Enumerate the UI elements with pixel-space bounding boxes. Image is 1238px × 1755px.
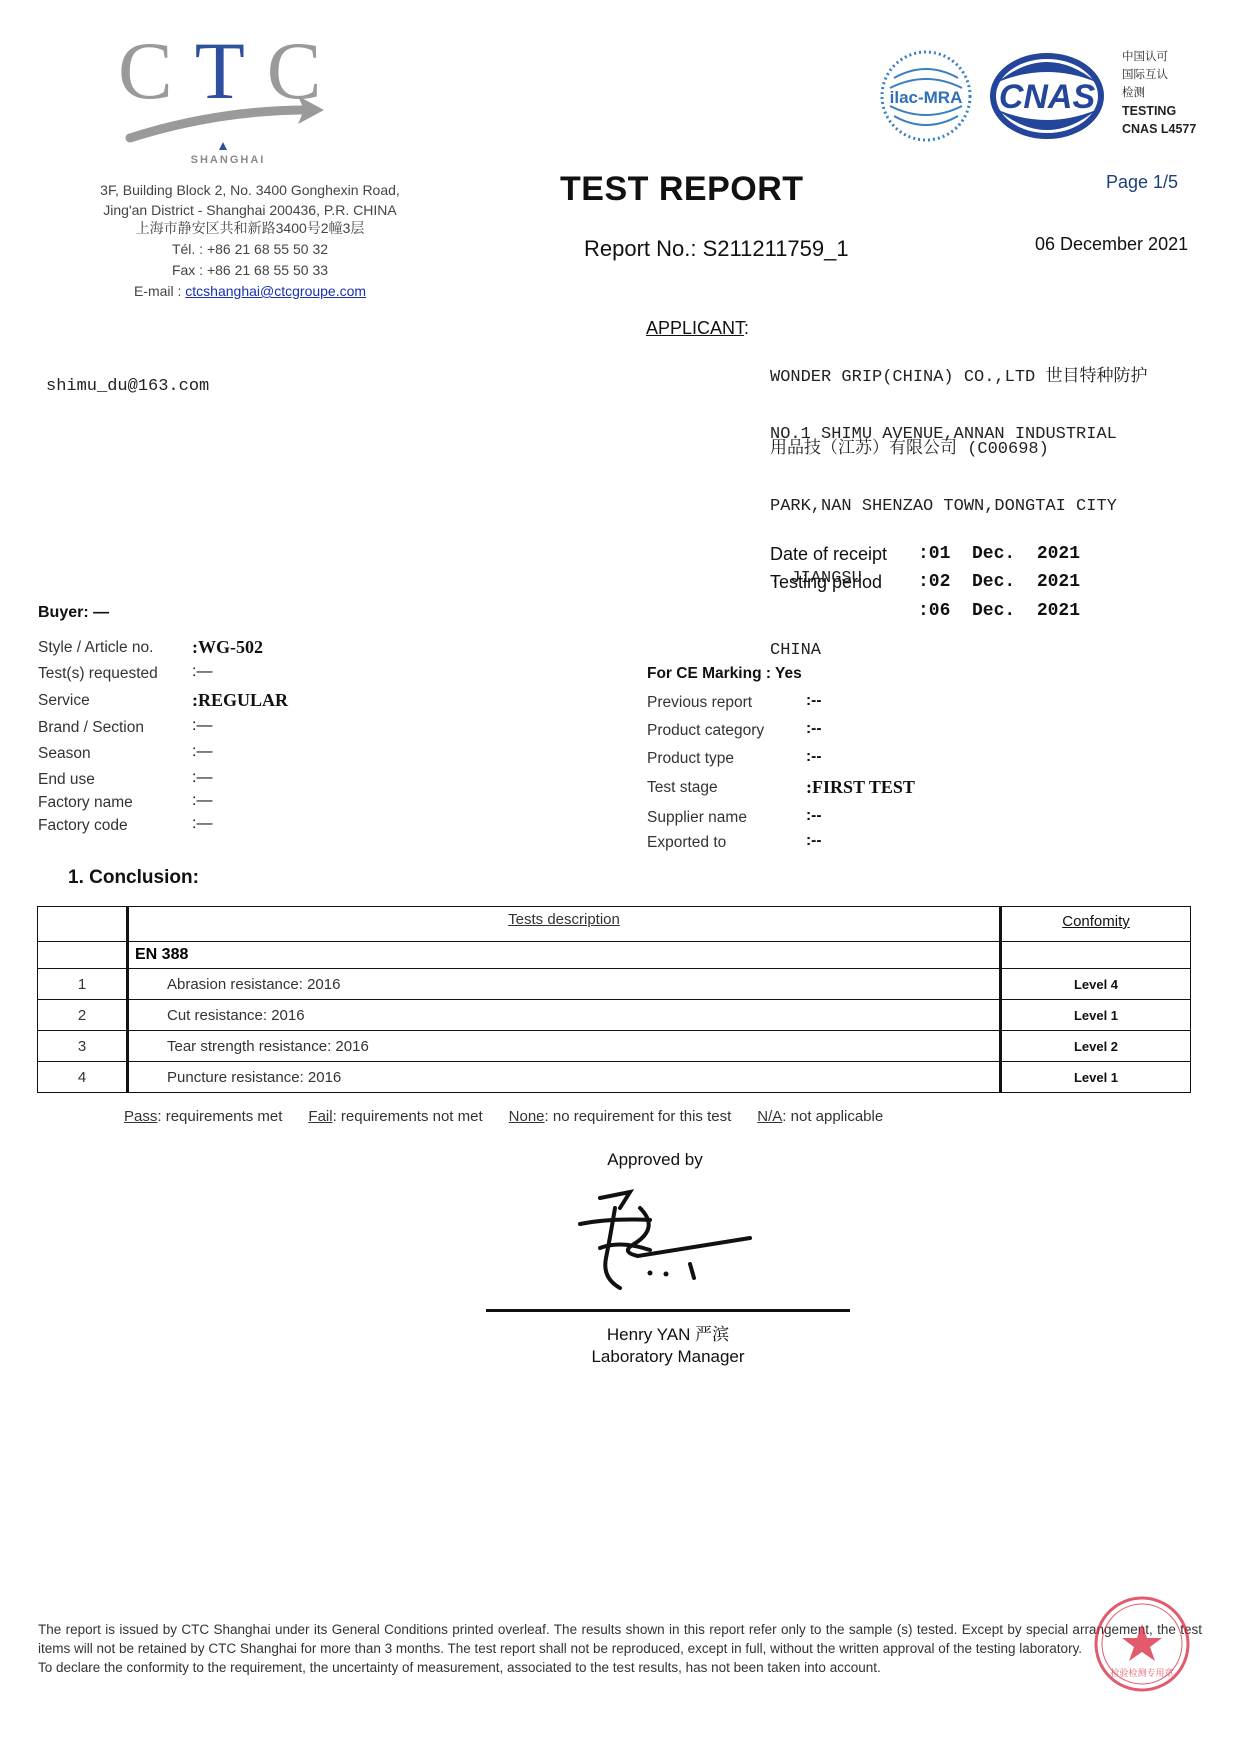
approved-by: Approved by xyxy=(540,1150,770,1170)
signer-title: Laboratory Manager xyxy=(486,1347,850,1367)
field-value: :-- xyxy=(806,807,822,825)
field-value: :— xyxy=(192,717,212,735)
field-label: Factory code xyxy=(38,817,128,835)
logo-arrow-icon xyxy=(118,30,338,160)
legend-item: Pass: requirements met xyxy=(124,1108,282,1125)
testing-period-start: :02 Dec. 2021 xyxy=(918,572,1080,592)
table-row: 2Cut resistance: 2016Level 1 xyxy=(38,1000,1191,1031)
field-value: :— xyxy=(192,792,212,810)
test-description: Puncture resistance: 2016 xyxy=(128,1062,1001,1093)
cnas-number: CNAS L4577 xyxy=(1122,120,1196,138)
ctc-logo: CTC SHANGHAI xyxy=(118,30,338,180)
row-number: 4 xyxy=(38,1062,128,1093)
field-value: :— xyxy=(192,663,212,681)
row-number: 1 xyxy=(38,969,128,1000)
field-value: :— xyxy=(192,769,212,787)
row-number: 2 xyxy=(38,1000,128,1031)
testing-period-label: Testing period xyxy=(770,572,882,593)
field-label: Brand / Section xyxy=(38,719,144,737)
email-row: E-mail : ctcshanghai@ctcgroupe.com xyxy=(60,282,440,300)
field-value: :WG-502 xyxy=(192,637,263,658)
svg-text:检验检测专用章: 检验检测专用章 xyxy=(1110,1667,1173,1679)
table-row: 1Abrasion resistance: 2016Level 4 xyxy=(38,969,1191,1000)
page-number: Page 1/5 xyxy=(1106,172,1178,193)
signer-name: Henry YAN 严滨 xyxy=(486,1320,850,1345)
conclusion-heading: 1. Conclusion: xyxy=(68,867,199,889)
accreditation-block: ilac-MRA CNAS 中国认可 国际互认 检测 TESTING CNAS … xyxy=(860,40,1220,150)
field-label: Previous report xyxy=(647,694,752,712)
signature-icon xyxy=(540,1178,780,1298)
field-label: Exported to xyxy=(647,834,726,852)
legend-item: None: no requirement for this test xyxy=(509,1108,732,1125)
legend: Pass: requirements metFail: requirements… xyxy=(124,1108,883,1125)
field-value: :-- xyxy=(806,748,822,766)
official-stamp-icon: 检验检测专用章 xyxy=(1092,1594,1192,1694)
buyer: Buyer: — xyxy=(38,604,109,622)
field-label: Style / Article no. xyxy=(38,639,153,657)
col-conformity: Confomity xyxy=(1001,907,1191,942)
applicant-address: NO.1 SHIMU AVENUE,ANNAN INDUSTRIAL PARK,… xyxy=(770,375,1117,687)
ce-marking: For CE Marking : Yes xyxy=(647,665,802,683)
receipt-label: Date of receipt xyxy=(770,544,887,565)
cnas-icon: CNAS xyxy=(988,52,1106,140)
conformity-result: Level 2 xyxy=(1001,1031,1191,1062)
field-label: Product category xyxy=(647,722,764,740)
field-value: :-- xyxy=(806,720,822,738)
conformity-result: Level 1 xyxy=(1001,1062,1191,1093)
accreditation-text: 中国认可 国际互认 检测 TESTING CNAS L4577 xyxy=(1122,48,1196,138)
row-number: 3 xyxy=(38,1031,128,1062)
standard-row: EN 388 xyxy=(38,942,1191,969)
legend-item: N/A: not applicable xyxy=(757,1108,883,1125)
address-line-3: 上海市静安区共和新路3400号2幢3层 xyxy=(60,219,440,237)
svg-text:CNAS: CNAS xyxy=(999,78,1096,116)
field-value: :-- xyxy=(806,692,822,710)
contact-email: shimu_du@163.com xyxy=(46,377,209,396)
test-description: Cut resistance: 2016 xyxy=(128,1000,1001,1031)
field-label: Test(s) requested xyxy=(38,665,158,683)
field-label: Factory name xyxy=(38,794,133,812)
table-row: 3Tear strength resistance: 2016Level 2 xyxy=(38,1031,1191,1062)
field-value: :FIRST TEST xyxy=(806,777,915,798)
conclusion-table: Tests description Confomity EN 388 1Abra… xyxy=(37,906,1191,1093)
field-label: Supplier name xyxy=(647,809,747,827)
col-tests-description: Tests description xyxy=(128,907,1001,942)
field-label: Service xyxy=(38,692,90,710)
field-value: :— xyxy=(192,815,212,833)
email-link[interactable]: ctcshanghai@ctcgroupe.com xyxy=(185,283,366,299)
footer-paragraph-1: The report is issued by CTC Shanghai und… xyxy=(38,1620,1202,1658)
testing-period-end: :06 Dec. 2021 xyxy=(918,601,1080,621)
report-number: Report No.: S211211759_1 xyxy=(584,236,849,262)
table-row: 4Puncture resistance: 2016Level 1 xyxy=(38,1062,1191,1093)
legend-item: Fail: requirements not met xyxy=(308,1108,482,1125)
conformity-result: Level 1 xyxy=(1001,1000,1191,1031)
receipt-date: :01 Dec. 2021 xyxy=(918,544,1080,564)
page-title: TEST REPORT xyxy=(560,170,804,209)
applicant-label: APPLICANT: xyxy=(646,318,749,339)
logo-city: SHANGHAI xyxy=(118,154,338,166)
field-label: Season xyxy=(38,745,91,763)
field-label: Product type xyxy=(647,750,734,768)
svg-text:ilac-MRA: ilac-MRA xyxy=(890,88,963,107)
ilac-mra-icon: ilac-MRA xyxy=(878,48,974,144)
address-line-2: Jing'an District - Shanghai 200436, P.R.… xyxy=(60,201,440,219)
phone: Tél. : +86 21 68 55 50 32 xyxy=(60,240,440,258)
field-value: :REGULAR xyxy=(192,690,288,711)
signature-line xyxy=(486,1309,850,1312)
table-header-row: Tests description Confomity xyxy=(38,907,1191,942)
conformity-result: Level 4 xyxy=(1001,969,1191,1000)
address-line-1: 3F, Building Block 2, No. 3400 Gonghexin… xyxy=(60,181,440,199)
field-value: :-- xyxy=(806,832,822,850)
standard-name: EN 388 xyxy=(128,942,1001,969)
test-description: Tear strength resistance: 2016 xyxy=(128,1031,1001,1062)
fax: Fax : +86 21 68 55 50 33 xyxy=(60,261,440,279)
footer-paragraph-2: To declare the conformity to the require… xyxy=(38,1658,1202,1677)
field-value: :— xyxy=(192,743,212,761)
test-description: Abrasion resistance: 2016 xyxy=(128,969,1001,1000)
field-label: End use xyxy=(38,771,95,789)
field-label: Test stage xyxy=(647,779,718,797)
email-label: E-mail : xyxy=(134,283,185,299)
report-date: 06 December 2021 xyxy=(1035,234,1188,255)
footer-disclaimer: The report is issued by CTC Shanghai und… xyxy=(38,1620,1202,1677)
